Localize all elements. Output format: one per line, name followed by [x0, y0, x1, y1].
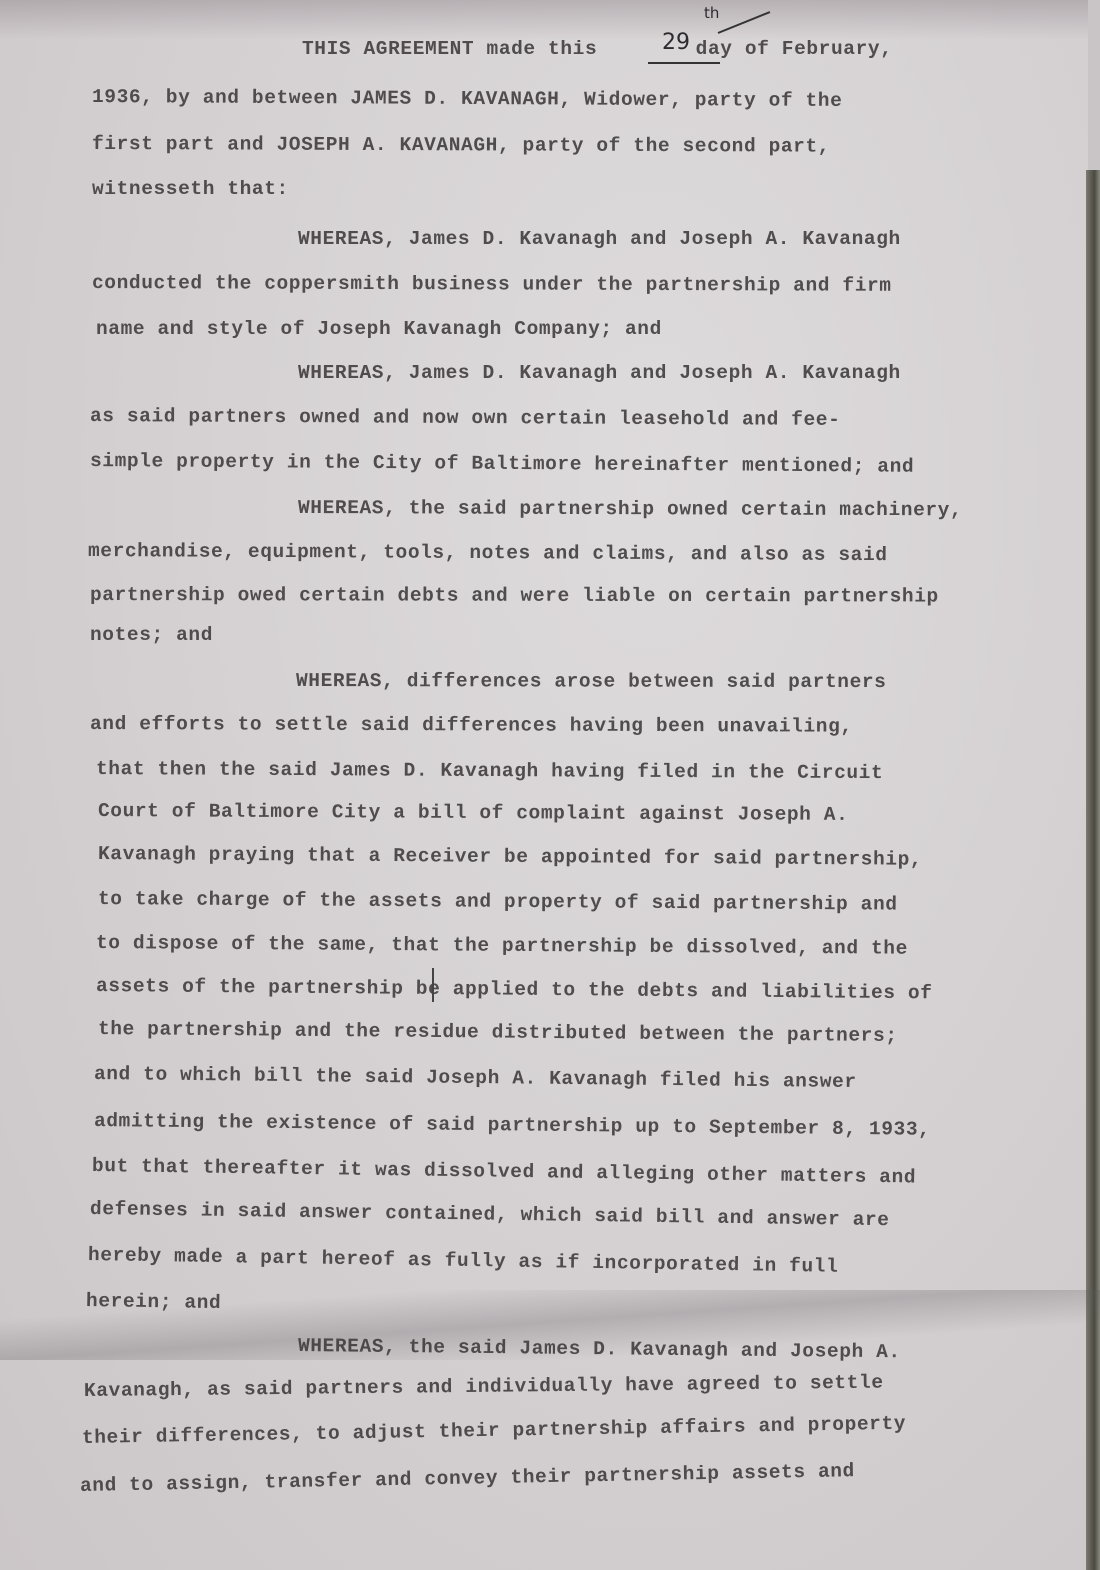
document-line: herein; and: [86, 1290, 222, 1314]
handwritten-suffix: th: [704, 4, 719, 22]
document-line: conducted the coppersmith business under…: [92, 272, 892, 297]
background-edge: [1086, 170, 1100, 1570]
document-line: 1936, by and between JAMES D. KAVANAGH, …: [92, 86, 843, 112]
document-line: that then the said James D. Kavanagh hav…: [96, 758, 883, 784]
text-insertion-mark: [432, 968, 434, 1002]
document-line: witnesseth that:: [92, 178, 289, 200]
document-line: WHEREAS, the said partnership owned cert…: [298, 497, 962, 521]
document-line: first part and JOSEPH A. KAVANAGH, party…: [92, 133, 830, 158]
document-line: notes; and: [90, 624, 213, 646]
document-line: Court of Baltimore City a bill of compla…: [98, 800, 849, 826]
document-line: and efforts to settle said differences h…: [90, 713, 853, 738]
date-blank-underline: [648, 62, 720, 64]
document-line: THIS AGREEMENT made this day of February…: [302, 38, 893, 60]
document-line: WHEREAS, James D. Kavanagh and Joseph A.…: [298, 228, 901, 250]
document-line: WHEREAS, James D. Kavanagh and Joseph A.…: [298, 362, 901, 384]
document-line: name and style of Joseph Kavanagh Compan…: [96, 318, 662, 340]
document-line: partnership owed certain debts and were …: [90, 584, 939, 607]
document-line: merchandise, equipment, tools, notes and…: [88, 540, 888, 566]
document-line: as said partners owned and now own certa…: [90, 405, 841, 431]
document-line: WHEREAS, differences arose between said …: [296, 670, 887, 693]
handwritten-day: 29: [662, 30, 690, 55]
